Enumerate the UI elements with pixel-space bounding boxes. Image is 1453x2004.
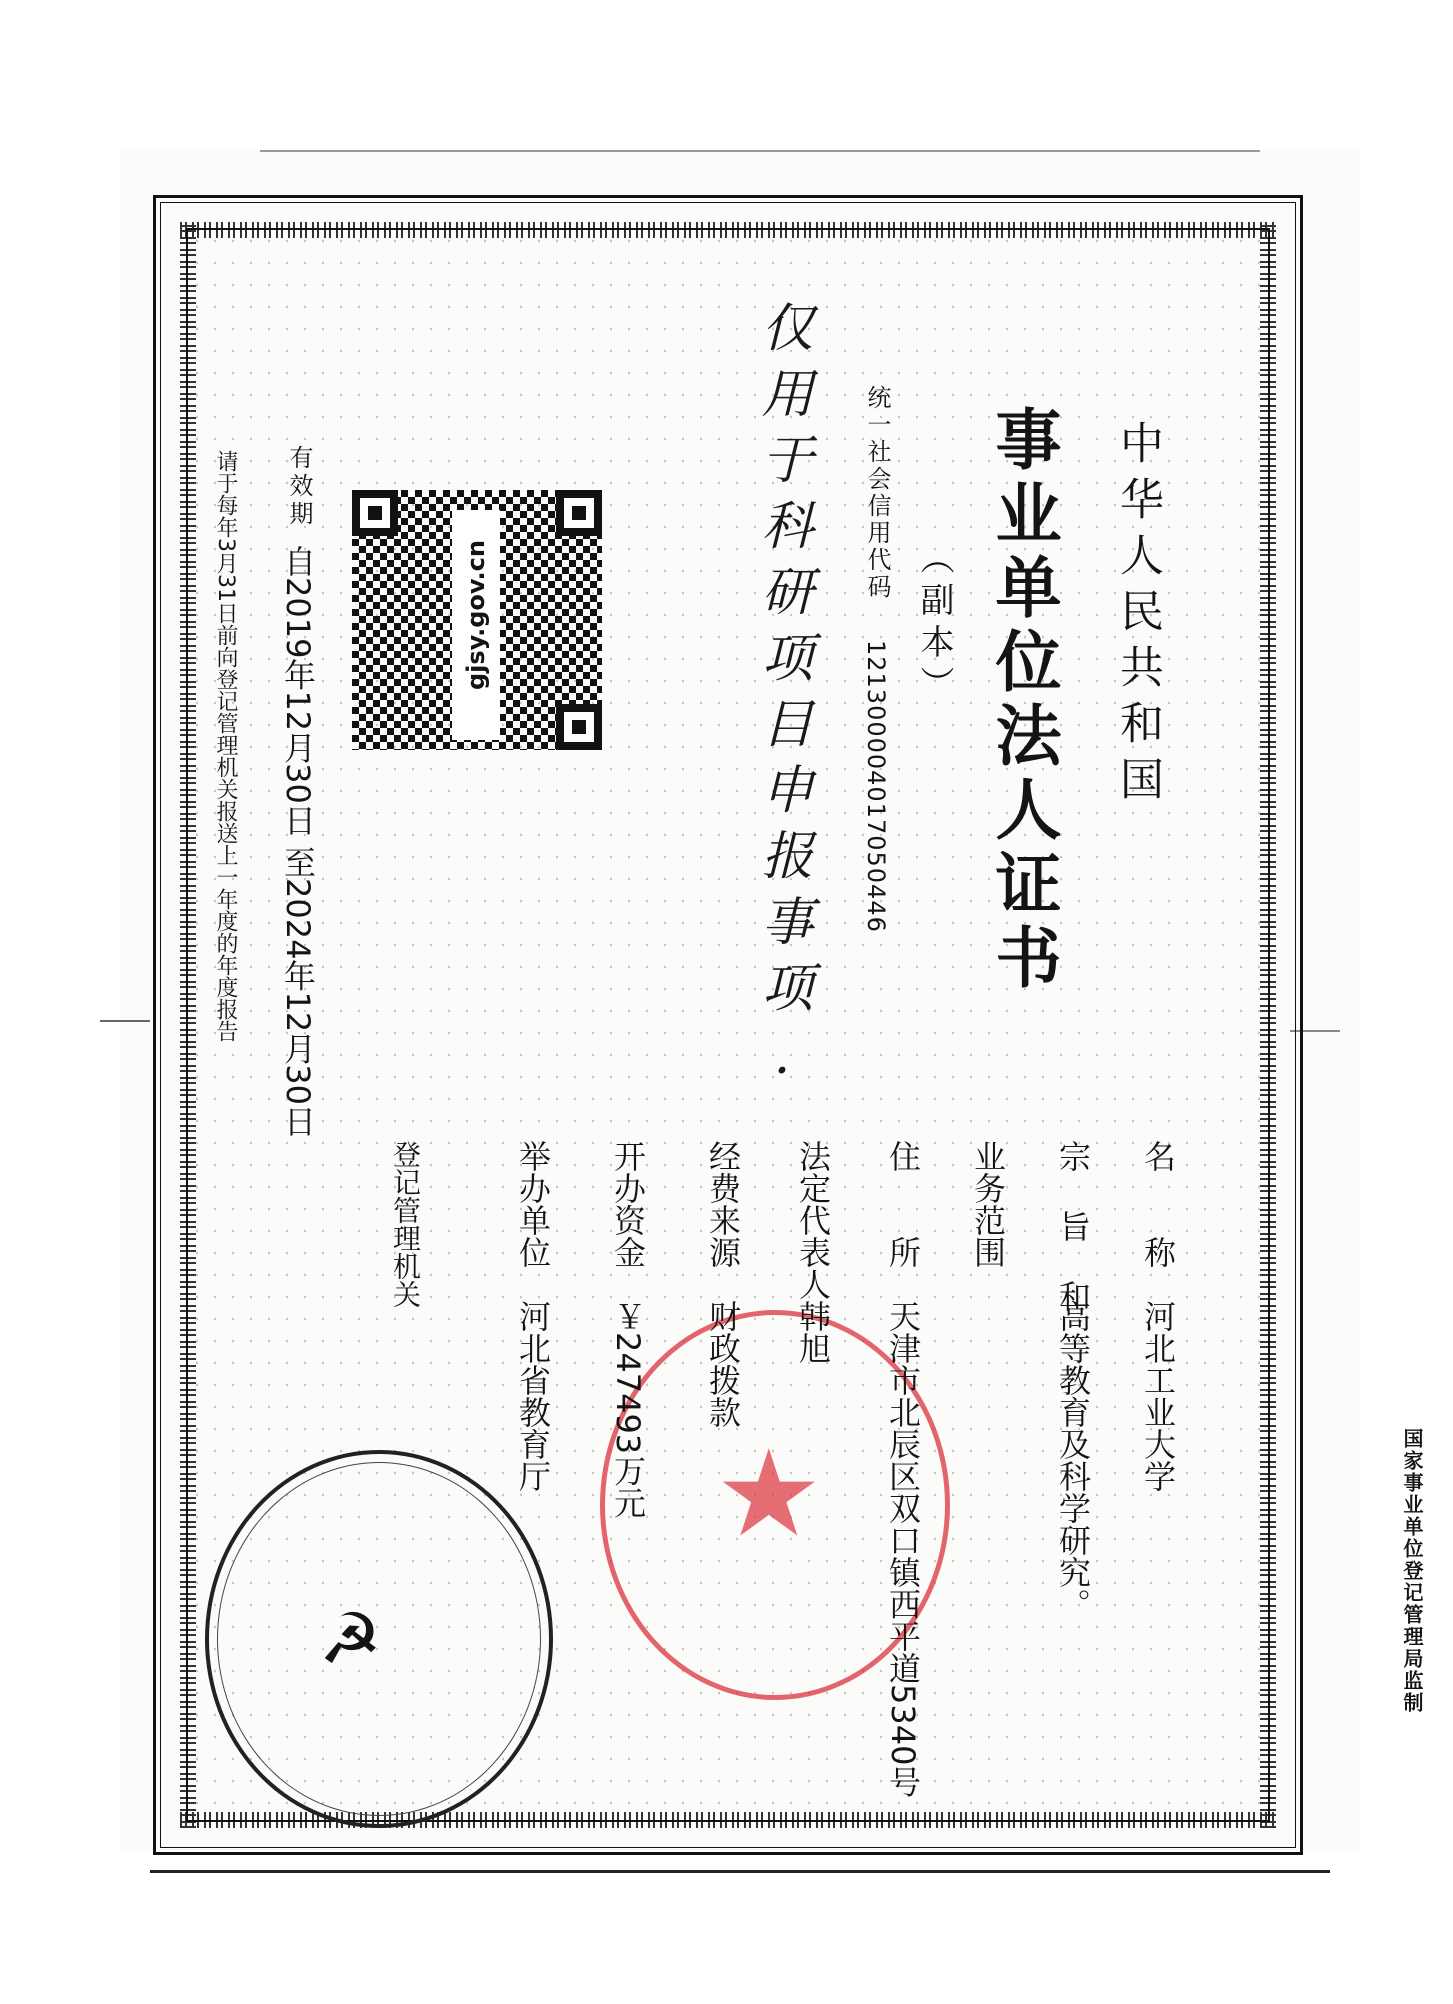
registration-authority-seal: ☭ bbox=[205, 1450, 553, 1828]
fold-mark bbox=[100, 1020, 150, 1022]
field-label-name: 名 称 bbox=[1135, 1140, 1181, 1268]
field-label-funding: 经费来源 bbox=[700, 1140, 746, 1268]
field-value-address: 天津市北辰区双口镇西平道5340号 bbox=[880, 1300, 926, 1797]
field-label-capital: 开办资金 bbox=[605, 1140, 651, 1268]
credit-code-label: 统一社会信用代码 bbox=[860, 385, 895, 601]
field-value-capital: ￥247493万元 bbox=[605, 1300, 651, 1518]
country-heading: 中华人民共和国 bbox=[1105, 420, 1169, 812]
field-label-registrar: 登记管理机关 bbox=[385, 1140, 425, 1308]
supervised-by-footer: 国家事业单位登记管理局监制 bbox=[1398, 1428, 1427, 1714]
field-label-sponsor: 举办单位 bbox=[510, 1140, 556, 1268]
copy-type: （副本） bbox=[910, 540, 959, 708]
qr-url: gjsy.gov.cn bbox=[462, 540, 490, 690]
credit-code-value: 121300004017050446 bbox=[862, 640, 890, 933]
emblem-icon: ☭ bbox=[319, 1604, 382, 1674]
paper-top-edge bbox=[260, 150, 1260, 152]
field-label-purpose: 宗 旨 和 bbox=[1050, 1140, 1096, 1312]
field-label-legal-rep: 法定代表人 bbox=[790, 1140, 836, 1300]
handwritten-note: 仅用于科研项目申报事项. bbox=[745, 300, 820, 1100]
field-value-sponsor: 河北省教育厅 bbox=[510, 1300, 556, 1492]
field-value-funding: 财政拨款 bbox=[700, 1300, 746, 1428]
qr-finder-icon bbox=[352, 490, 398, 536]
qr-finder-icon bbox=[556, 490, 602, 536]
qr-finder-icon bbox=[556, 704, 602, 750]
field-label-scope: 业务范围 bbox=[965, 1140, 1011, 1268]
field-value-legal-rep: 韩旭 bbox=[790, 1300, 836, 1364]
star-icon: ★ bbox=[715, 1435, 823, 1555]
paper-bottom-edge bbox=[150, 1870, 1330, 1873]
validity-label: 有效期 bbox=[282, 445, 317, 529]
annual-report-note: 请于每年3月31日前向登记管理机关报送上一年度的年度报告 bbox=[210, 450, 241, 1042]
field-label-address: 住 所 bbox=[880, 1140, 926, 1268]
certificate-title: 事业单位法人证书 bbox=[975, 405, 1070, 997]
validity-period: 自2019年12月30日 至2024年12月30日 bbox=[275, 545, 321, 1137]
field-value-name: 河北工业大学 bbox=[1135, 1300, 1181, 1492]
field-value-purpose: 高等教育及科学研究。 bbox=[1050, 1300, 1096, 1620]
